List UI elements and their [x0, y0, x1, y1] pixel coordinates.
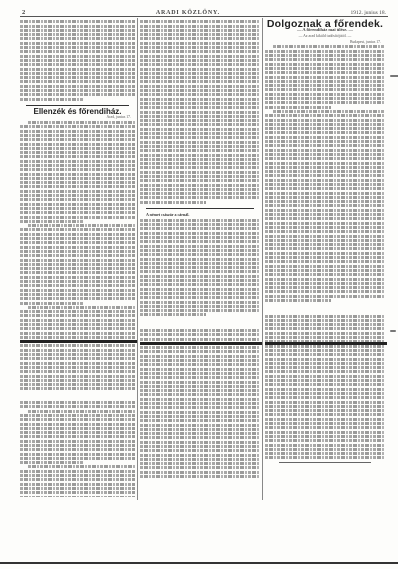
article-headline: Ellenzék és főrendiház.	[20, 110, 135, 114]
print-mark	[390, 75, 398, 77]
column-2: A német császár a cárnál.	[140, 19, 260, 497]
page-number: 2	[22, 9, 25, 16]
body-text	[20, 20, 135, 100]
section-rule	[140, 342, 262, 345]
column-divider	[137, 18, 138, 500]
article-headline: Dolgoznak a főrendek.	[265, 22, 385, 26]
article-body	[265, 45, 385, 302]
article-body	[140, 219, 260, 317]
header-rule	[20, 16, 388, 17]
section-rule	[265, 342, 387, 345]
article-separator	[26, 105, 129, 107]
column-3: Dolgoznak a főrendek. — A főrendiház mai…	[265, 19, 385, 497]
end-rule	[279, 462, 371, 463]
article-dateline: Arad, junius 17.	[20, 115, 131, 119]
article-dateline: Budapest, junius 17.	[265, 40, 381, 44]
article-body	[20, 121, 135, 390]
page-bottom-rule	[0, 562, 398, 564]
section-rule	[20, 340, 137, 343]
body-text-lower	[140, 329, 260, 478]
article-separator	[146, 208, 254, 210]
body-text	[140, 20, 260, 203]
print-mark	[390, 330, 396, 332]
column-divider	[262, 18, 263, 500]
body-text-lower	[265, 315, 385, 460]
column-1: Ellenzék és főrendiház. Arad, junius 17.	[20, 19, 135, 497]
body-text-lower	[20, 401, 135, 497]
inline-article-heading: A német császár a cárnál.	[140, 213, 260, 217]
page-header: 2 ARADI KÖZLÖNY. 1912. junius 18.	[22, 6, 386, 16]
article-byline: — Az arad kiküld tudósítójától. —	[265, 34, 385, 38]
